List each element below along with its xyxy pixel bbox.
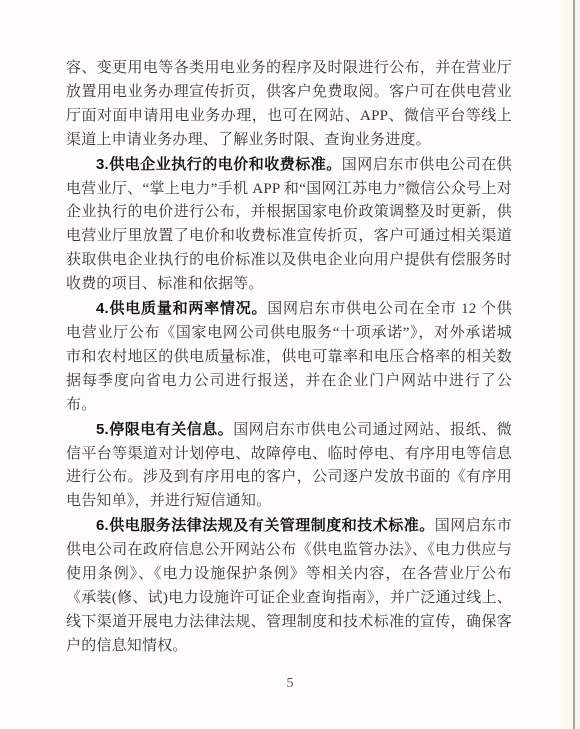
paragraph: 3.供电企业执行的电价和收费标准。国网启东市供电公司在供电营业厅、“掌上电力”手… (66, 153, 512, 297)
paragraph-text: 国网启东市供电公司在供电营业厅、“掌上电力”手机 APP 和“国网江苏电力”微信… (66, 157, 512, 293)
page-number: 5 (287, 676, 294, 691)
paragraph-heading: 5.停限电有关信息。 (96, 421, 233, 438)
paragraph-heading: 4.供电质量和两率情况。 (96, 300, 267, 317)
paragraph-text: 国网启东市供电公司在政府信息公开网站公布《供电监管办法》、《电力供应与使用条例》… (66, 518, 512, 654)
paragraph: 容、变更用电等各类用电业务的程序及时限进行公布，并在营业厅放置用电业务办理宣传折… (66, 57, 512, 153)
document-page: 容、变更用电等各类用电业务的程序及时限进行公布，并在营业厅放置用电业务办理宣传折… (0, 0, 580, 729)
scan-edge-margin (575, 0, 580, 729)
paragraph: 6.供电服务法律法规及有关管理制度和技术标准。国网启东市供电公司在政府信息公开网… (66, 514, 512, 658)
paragraph: 4.供电质量和两率情况。国网启东市供电公司在全市 12 个供电营业厅公布《国家电… (66, 297, 512, 418)
page-footer: 5 (0, 676, 580, 692)
paragraph-heading: 6.供电服务法律法规及有关管理制度和技术标准。 (96, 517, 435, 534)
paragraph-heading: 3.供电企业执行的电价和收费标准。 (96, 156, 342, 173)
paragraph: 5.停限电有关信息。国网启东市供电公司通过网站、报纸、微信平台等渠道对计划停电、… (66, 418, 512, 515)
paragraph-text: 国网启东市供电公司在全市 12 个供电营业厅公布《国家电网公司供电服务“十项承诺… (66, 301, 512, 413)
scan-edge-shade (556, 0, 573, 729)
paragraph-text: 容、变更用电等各类用电业务的程序及时限进行公布，并在营业厅放置用电业务办理宣传折… (66, 60, 512, 148)
document-body: 容、变更用电等各类用电业务的程序及时限进行公布，并在营业厅放置用电业务办理宣传折… (66, 57, 512, 659)
